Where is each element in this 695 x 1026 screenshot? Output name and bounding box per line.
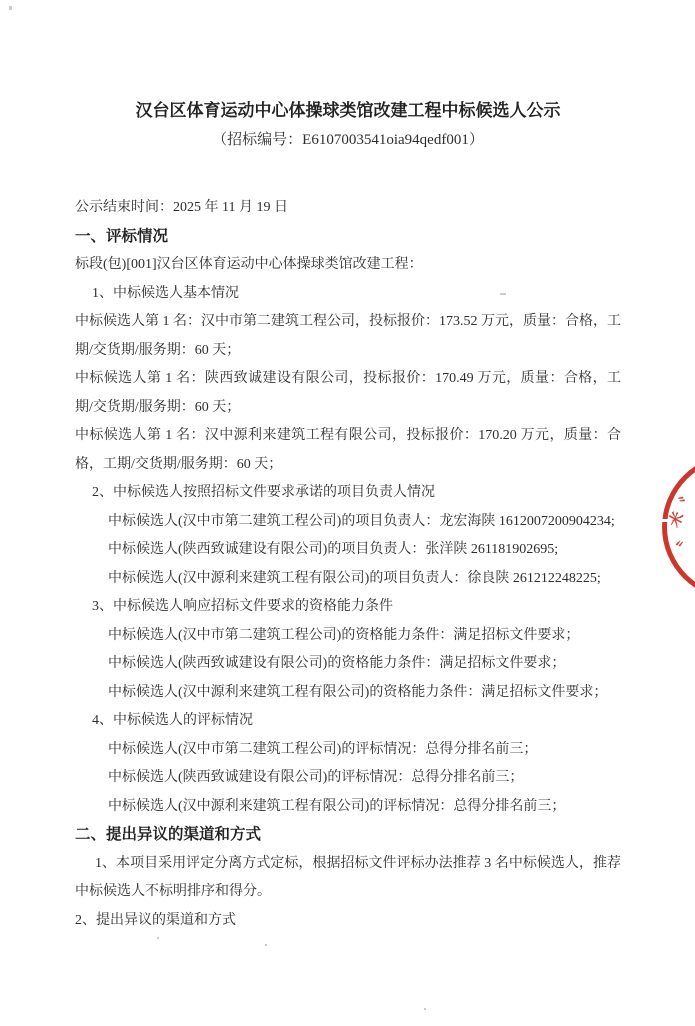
objection-channel-line: 2、提出异议的渠道和方式 <box>75 907 621 936</box>
seal-registration-gap <box>658 519 672 522</box>
section-2-heading: 二、提出异议的渠道和方式 <box>75 821 621 850</box>
scanned-document-page: 汉台区体育运动中心体操球类馆改建工程中标候选人公示 （招标编号：E6107003… <box>0 0 695 1026</box>
seal-glyph-fragment: 米 <box>667 508 687 530</box>
qualification-3: 中标候选人(汉中源利来建筑工程有限公司)的资格能力条件：满足招标文件要求； <box>75 679 621 708</box>
evaluation-2: 中标候选人(陕西致诚建设有限公司)的评标情况：总得分排名前三； <box>75 764 621 793</box>
tender-number: （招标编号：E6107003541oia94qedf001） <box>75 126 621 154</box>
scan-noise-speck <box>265 944 267 946</box>
scan-noise-speck <box>500 293 506 295</box>
candidate-basic-3: 中标候选人第 1 名：汉中源利来建筑工程有限公司，投标报价：170.20 万元，… <box>75 422 621 479</box>
item-1-heading: 1、中标候选人基本情况 <box>75 280 621 309</box>
item-4-heading: 4、中标候选人的评标情况 <box>75 707 621 736</box>
item-3-heading: 3、中标候选人响应招标文件要求的资格能力条件 <box>75 593 621 622</box>
evaluation-3: 中标候选人(汉中源利来建筑工程有限公司)的评标情况：总得分排名前三； <box>75 793 621 822</box>
section-1-heading: 一、评标情况 <box>75 223 621 252</box>
item-2-heading: 2、中标候选人按照招标文件要求承诺的项目负责人情况 <box>75 479 621 508</box>
candidate-basic-2: 中标候选人第 1 名：陕西致诚建设有限公司，投标报价：170.49 万元，质量：… <box>75 365 621 422</box>
award-method-paragraph: 1、本项目采用评定分离方式定标，根据招标文件评标办法推荐 3 名中标候选人，推荐… <box>75 850 621 907</box>
project-leader-3: 中标候选人(汉中源利来建筑工程有限公司)的项目负责人：徐良陕 261212248… <box>75 565 621 594</box>
evaluation-1: 中标候选人(汉中市第二建筑工程公司)的评标情况：总得分排名前三； <box>75 736 621 765</box>
candidate-basic-1: 中标候选人第 1 名：汉中市第二建筑工程公司，投标报价：173.52 万元，质量… <box>75 308 621 365</box>
lot-line: 标段(包)[001]汉台区体育运动中心体操球类馆改建工程： <box>75 251 621 280</box>
scan-noise-speck <box>9 6 12 10</box>
seal-glyph-fragment: 〝 <box>676 538 693 557</box>
project-leader-2: 中标候选人(陕西致诚建设有限公司)的项目负责人：张洋陕 261181902695… <box>75 536 621 565</box>
seal-glyph-fragment: 〟 <box>673 483 695 505</box>
project-leader-1: 中标候选人(汉中市第二建筑工程公司)的项目负责人：龙宏海陕 1612007200… <box>75 508 621 537</box>
qualification-2: 中标候选人(陕西致诚建设有限公司)的资格能力条件：满足招标文件要求； <box>75 650 621 679</box>
scan-noise-speck <box>424 1008 426 1010</box>
document-title: 汉台区体育运动中心体操球类馆改建工程中标候选人公示 <box>75 96 621 126</box>
scan-noise-speck <box>157 937 159 939</box>
publicity-end-time: 公示结束时间：2025 年 11 月 19 日 <box>75 194 621 223</box>
qualification-1: 中标候选人(汉中市第二建筑工程公司)的资格能力条件：满足招标文件要求； <box>75 622 621 651</box>
seal-circle-icon <box>662 454 695 600</box>
document-body: 汉台区体育运动中心体操球类馆改建工程中标候选人公示 （招标编号：E6107003… <box>75 96 621 935</box>
